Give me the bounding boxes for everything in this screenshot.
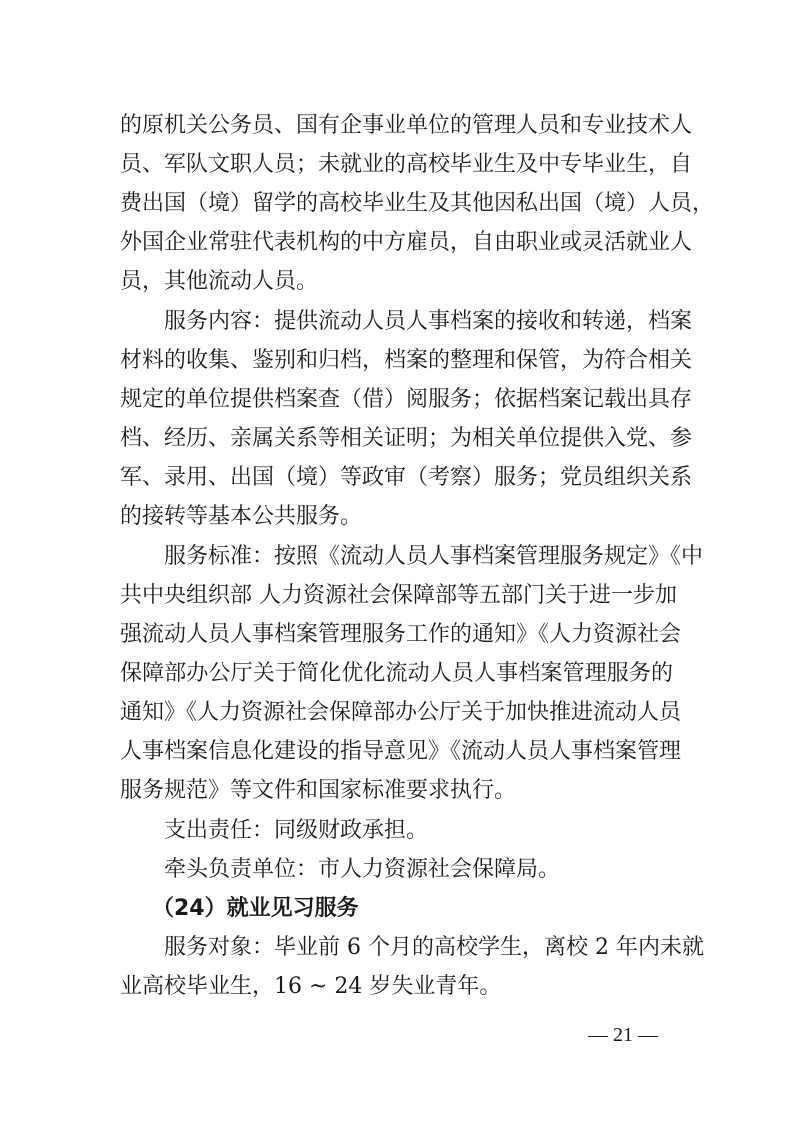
paragraph-line: 外国企业常驻代表机构的中方雇员，自由职业或灵活就业人 [120,223,673,262]
paragraph-line: 费出国（境）留学的高校毕业生及其他因私出国（境）人员， [120,184,673,223]
document-page: 的原机关公务员、国有企事业单位的管理人员和专业技术人 员、军队文职人员；未就业的… [0,0,793,1122]
service-standard-line: 保障部办公厅关于简化优化流动人员人事档案管理服务的 [120,654,673,693]
service-target-line: 业高校毕业生，16 ~ 24 岁失业青年。 [120,967,673,1006]
service-content-line: 规定的单位提供档案查（借）阅服务；依据档案记载出具存 [120,380,673,419]
service-standard-line: 服务标准：按照《流动人员人事档案管理服务规定》《中 [164,537,673,576]
service-standard-line: 共中央组织部 人力资源社会保障部等五部门关于进一步加 [120,576,673,615]
service-content-line: 军、录用、出国（境）等政审（考察）服务；党员组织关系 [120,458,673,497]
page-number: — 21 — [588,1020,658,1050]
section-heading: （24）就业见习服务 [152,889,661,928]
expenditure-responsibility: 支出责任：同级财政承担。 [164,811,673,850]
service-content-line: 档、经历、亲属关系等相关证明；为相关单位提供入党、参 [120,419,673,458]
paragraph-line: 员、军队文职人员；未就业的高校毕业生及中专毕业生，自 [120,145,673,184]
paragraph-line: 员，其他流动人员。 [120,262,673,301]
service-content-line: 的接转等基本公共服务。 [120,497,673,536]
service-content-line: 材料的收集、鉴别和归档，档案的整理和保管，为符合相关 [120,341,673,380]
service-content-line: 服务内容：提供流动人员人事档案的接收和转递，档案 [164,302,673,341]
paragraph-line: 的原机关公务员、国有企事业单位的管理人员和专业技术人 [120,106,673,145]
service-standard-line: 强流动人员人事档案管理服务工作的通知》《人力资源社会 [120,615,673,654]
service-standard-line: 服务规范》等文件和国家标准要求执行。 [120,771,673,810]
service-standard-line: 通知》《人力资源社会保障部办公厅关于加快推进流动人员 [120,693,673,732]
lead-unit: 牵头负责单位：市人力资源社会保障局。 [164,850,673,889]
service-target-line: 服务对象：毕业前 6 个月的高校学生，离校 2 年内未就 [164,928,673,967]
service-standard-line: 人事档案信息化建设的指导意见》《流动人员人事档案管理 [120,732,673,771]
